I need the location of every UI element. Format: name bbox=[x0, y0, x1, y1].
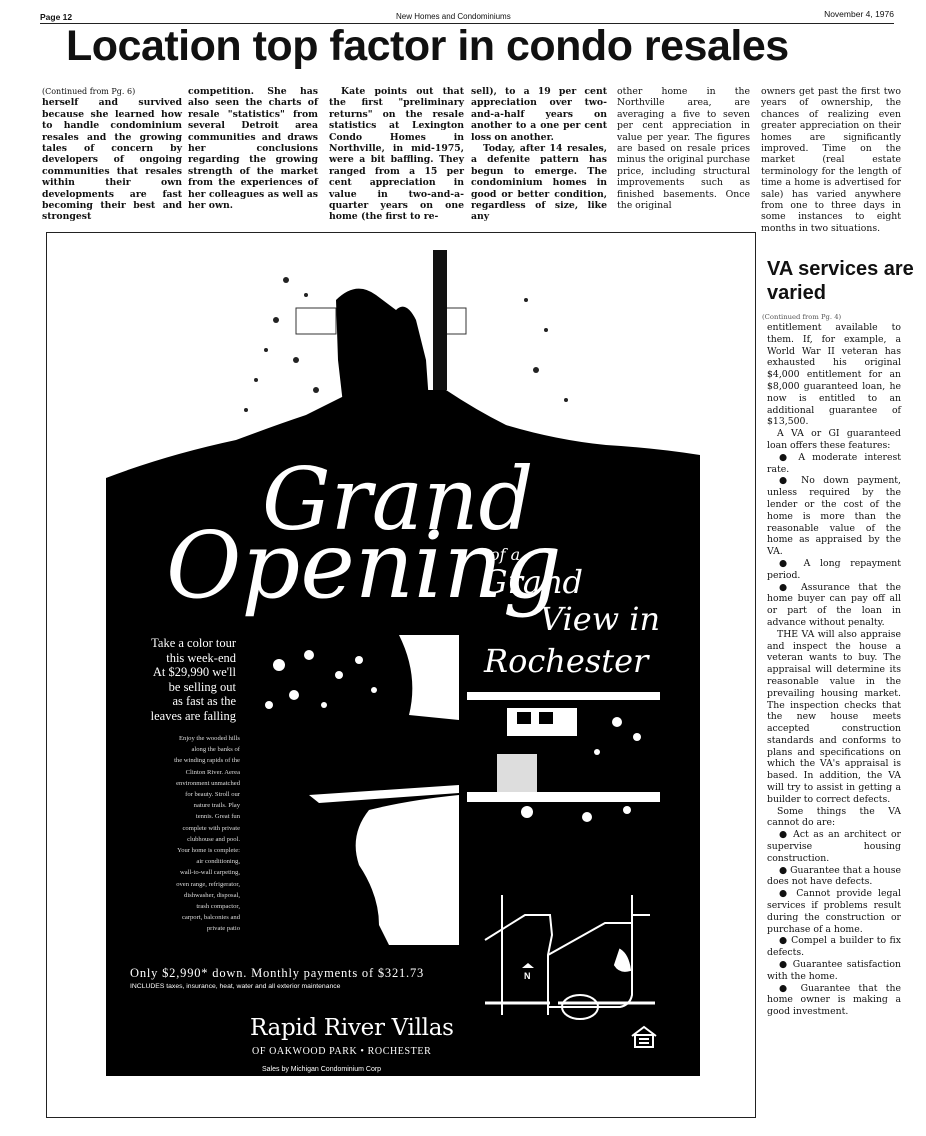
va-bullet: ● No down payment, unless required by th… bbox=[767, 475, 901, 558]
issue-date: November 4, 1976 bbox=[824, 9, 894, 19]
va-paragraph: A VA or GI guaranteed loan offers these … bbox=[767, 428, 901, 452]
va-bullet: ● A long repayment period. bbox=[767, 558, 901, 582]
article-column-5: other home in the Northville area, are a… bbox=[617, 86, 750, 211]
va-bullet: ● Guarantee that the home owner is makin… bbox=[767, 983, 901, 1018]
article-text: Kate points out that the first "prelimin… bbox=[329, 86, 464, 223]
va-bullet: ● Guarantee that a house does not have d… bbox=[767, 865, 901, 889]
ad-subhead-view-in: View in bbox=[540, 600, 660, 638]
house-photo bbox=[467, 692, 660, 825]
va-bullet: ● Act as an architect or supervise housi… bbox=[767, 829, 901, 864]
va-paragraph: entitlement available to them. If, for e… bbox=[767, 322, 901, 428]
va-bullet: ● Compel a builder to fix defects. bbox=[767, 935, 901, 959]
location-map: N bbox=[480, 895, 680, 1045]
article-column-2: competition. She has also seen the chart… bbox=[188, 86, 318, 211]
ad-brand-location: OF OAKWOOD PARK • ROCHESTER bbox=[252, 1046, 431, 1057]
va-bullet: ● A moderate interest rate. bbox=[767, 452, 901, 476]
va-article-body: entitlement available to them. If, for e… bbox=[767, 322, 901, 1018]
river-photo bbox=[249, 635, 459, 945]
article-text: competition. She has also seen the chart… bbox=[188, 86, 318, 211]
article-column-4: sell), to a 19 per cent appreciation ove… bbox=[471, 86, 607, 223]
article-column-1: (Continued from Pg. 6) herself and survi… bbox=[42, 86, 182, 223]
article-column-6: owners get past the first two years of o… bbox=[761, 86, 901, 234]
article-text: other home in the Northville area, are a… bbox=[617, 86, 750, 211]
article-text: owners get past the first two years of o… bbox=[761, 86, 901, 234]
ad-subhead-grand: Grand bbox=[482, 563, 583, 601]
ad-description: Enjoy the wooded hills along the banks o… bbox=[114, 733, 240, 935]
equal-housing-opportunity-icon bbox=[630, 1025, 658, 1049]
page-number: Page 12 bbox=[40, 12, 72, 22]
va-bullet: ● Guarantee satisfaction with the home. bbox=[767, 959, 901, 983]
north-arrow-icon: N bbox=[524, 971, 531, 981]
section-name: New Homes and Condominiums bbox=[396, 12, 511, 21]
va-paragraph: Some things the VA cannot do are: bbox=[767, 806, 901, 830]
article-text: Today, after 14 resales, a defenite patt… bbox=[471, 143, 607, 223]
ad-includes-line: INCLUDES taxes, insurance, heat, water a… bbox=[130, 983, 340, 990]
article-text: sell), to a 19 per cent appreciation ove… bbox=[471, 86, 607, 143]
va-bullet: ● Cannot provide legal services if probl… bbox=[767, 888, 901, 935]
va-headline: VA services are varied bbox=[767, 257, 917, 305]
continued-from: (Continued from Pg. 6) bbox=[42, 86, 182, 97]
va-continued-from: (Continued from Pg. 4) bbox=[762, 313, 841, 321]
ad-tour-text: Take a color tour this week-end At $29,9… bbox=[112, 636, 236, 724]
va-bullet: ● Assurance that the home buyer can pay … bbox=[767, 582, 901, 629]
article-column-3: Kate points out that the first "prelimin… bbox=[329, 86, 464, 223]
ad-brand-name: Rapid River Villas bbox=[250, 1015, 454, 1041]
ad-sales-by: Sales by Michigan Condominium Corp bbox=[262, 1066, 381, 1073]
va-paragraph: THE VA will also appraise and inspect th… bbox=[767, 629, 901, 806]
ad-subhead-rochester: Rochester bbox=[484, 642, 648, 680]
article-text: herself and survived because she learned… bbox=[42, 97, 182, 222]
ad-subhead-of-a: of a bbox=[490, 545, 520, 564]
headline: Location top factor in condo resales bbox=[66, 22, 886, 70]
ad-payment-line: Only $2,990* down. Monthly payments of $… bbox=[130, 966, 424, 981]
